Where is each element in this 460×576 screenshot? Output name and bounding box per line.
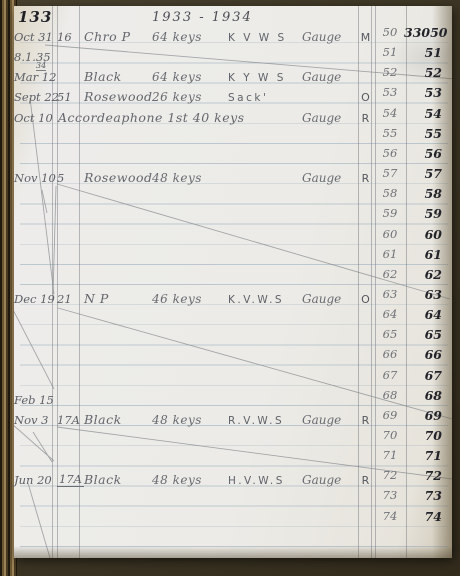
- ledger-photo: 133 1933 - 1934 Oct 3116Chro P64 keysK V…: [0, 0, 460, 576]
- serial-ink: 74: [404, 509, 442, 529]
- serial-pencil: 74: [376, 509, 404, 529]
- serial-pencil: 63: [376, 287, 404, 307]
- entry-number: 5: [57, 171, 64, 185]
- serial-ink: 63: [404, 287, 442, 307]
- entry-date: Dec 19: [14, 292, 55, 306]
- serial-pencil: 61: [376, 247, 404, 267]
- entry-number: 21: [57, 292, 72, 306]
- page-bottom-shadow: [14, 546, 452, 558]
- entry-instrument: Rosewood: [84, 89, 153, 104]
- entry-number: 17A: [57, 472, 84, 487]
- entry-date: Nov 3: [14, 413, 48, 427]
- entry-keys: 26 keys: [152, 90, 202, 104]
- entry-instrument: N P: [84, 291, 109, 306]
- serial-pencil: 73: [376, 488, 404, 508]
- serial-ink: 67: [404, 368, 442, 388]
- serial-pencil: 60: [376, 227, 404, 247]
- entry-grade-letter: R: [359, 172, 372, 185]
- entry-gauge: Gauge: [302, 171, 341, 185]
- serial-ink: 73: [404, 488, 442, 508]
- entry-gauge: Gauge: [302, 292, 341, 306]
- entry-keys: 48 keys: [152, 473, 202, 487]
- entry-number: 51: [57, 90, 72, 104]
- serial-pencil: 56: [376, 146, 404, 166]
- entry-letters: K Y W S: [228, 72, 286, 84]
- entry-keys: 48 keys: [152, 171, 202, 185]
- serial-pencil: 66: [376, 347, 404, 367]
- serial-pencil: 59: [376, 206, 404, 226]
- entry-instrument: Accordeaphone 1st 40 keys: [58, 110, 245, 125]
- entry-keys: 64 keys: [152, 30, 202, 44]
- entry-instrument: Chro P: [84, 29, 131, 44]
- serial-ink: 72: [404, 468, 442, 488]
- entry-gauge: Gauge: [302, 473, 341, 487]
- serial-pencil: 57: [376, 166, 404, 186]
- serial-ink: 51: [404, 45, 442, 65]
- entry-date: Oct 31: [14, 30, 53, 44]
- serial-pencil: 53: [376, 85, 404, 105]
- serial-pencil: 50: [376, 25, 404, 45]
- entry-date: Mar 12: [14, 70, 56, 84]
- serial-ink: 52: [404, 65, 442, 85]
- serial-pencil: 70: [376, 428, 404, 448]
- entry-gauge: Gauge: [302, 413, 341, 427]
- serial-pencil: 62: [376, 267, 404, 287]
- serial-pencil: 69: [376, 408, 404, 428]
- entry-grade-letter: R: [359, 112, 372, 125]
- serial-ink: 53: [404, 85, 442, 105]
- entry-date: Sept 22: [14, 90, 59, 104]
- serial-ink: 66: [404, 347, 442, 367]
- serial-pencil: 65: [376, 327, 404, 347]
- entry-grade-letter: M: [359, 31, 372, 44]
- serial-pencil: 68: [376, 388, 404, 408]
- entry-number: 17A: [57, 413, 80, 427]
- serial-pencil: 71: [376, 448, 404, 468]
- entry-grade-letter: O: [359, 293, 372, 306]
- entry-letters: K V W S: [228, 32, 287, 44]
- entry-gauge: Gauge: [302, 70, 341, 84]
- entry-keys: 64 keys: [152, 70, 202, 84]
- serial-pencil: 54: [376, 106, 404, 126]
- entry-keys: 48 keys: [152, 413, 202, 427]
- entry-instrument: Black: [84, 69, 122, 84]
- entry-grade-letter: R: [359, 474, 372, 487]
- serial-pencil: 55: [376, 126, 404, 146]
- serial-ink: 71: [404, 448, 442, 468]
- entry-letters: K.V.W.S: [228, 294, 284, 306]
- entry-instrument: Black: [84, 412, 122, 427]
- serial-pencil: 52: [376, 65, 404, 85]
- serial-ink: 58: [404, 186, 442, 206]
- entry-date-note: 34: [36, 61, 46, 71]
- ledger-page: 133 1933 - 1934 Oct 3116Chro P64 keysK V…: [14, 6, 452, 558]
- serial-ink: 54: [404, 106, 442, 126]
- serial-pencil: 64: [376, 307, 404, 327]
- serial-ink: 59: [404, 206, 442, 226]
- serial-ink: 33050: [404, 25, 442, 45]
- entry-date: Jun 20: [14, 473, 52, 487]
- serial-pencil: 72: [376, 468, 404, 488]
- entry-grade-letter: O: [359, 91, 372, 104]
- entry-number: 16: [57, 30, 72, 44]
- serial-ink: 60: [404, 227, 442, 247]
- entry-instrument: Rosewood: [84, 170, 153, 185]
- serial-ink: 64: [404, 307, 442, 327]
- serial-ink: 69: [404, 408, 442, 428]
- entry-date: Nov 10: [14, 171, 56, 185]
- entry-letters: Sack': [228, 92, 268, 104]
- entry-gauge: Gauge: [302, 30, 341, 44]
- entry-instrument: Black: [84, 472, 122, 487]
- serial-ink: 57: [404, 166, 442, 186]
- entry-letters: R.V.W.S: [228, 415, 284, 427]
- serial-ink: 62: [404, 267, 442, 287]
- serial-pencil: 51: [376, 45, 404, 65]
- serial-ink: 68: [404, 388, 442, 408]
- serial-ink: 56: [404, 146, 442, 166]
- entry-gauge: Gauge: [302, 111, 341, 125]
- entry-letters: H.V.W.S: [228, 475, 285, 487]
- serial-ink: 65: [404, 327, 442, 347]
- serial-pencil: 58: [376, 186, 404, 206]
- entry-keys: 46 keys: [152, 292, 202, 306]
- serial-ink: 55: [404, 126, 442, 146]
- entry-date: Oct 10: [14, 111, 53, 125]
- serial-pencil: 67: [376, 368, 404, 388]
- serial-ink: 61: [404, 247, 442, 267]
- serial-ink: 70: [404, 428, 442, 448]
- entry-grade-letter: R: [359, 414, 372, 427]
- entry-date: Feb 15: [14, 393, 54, 407]
